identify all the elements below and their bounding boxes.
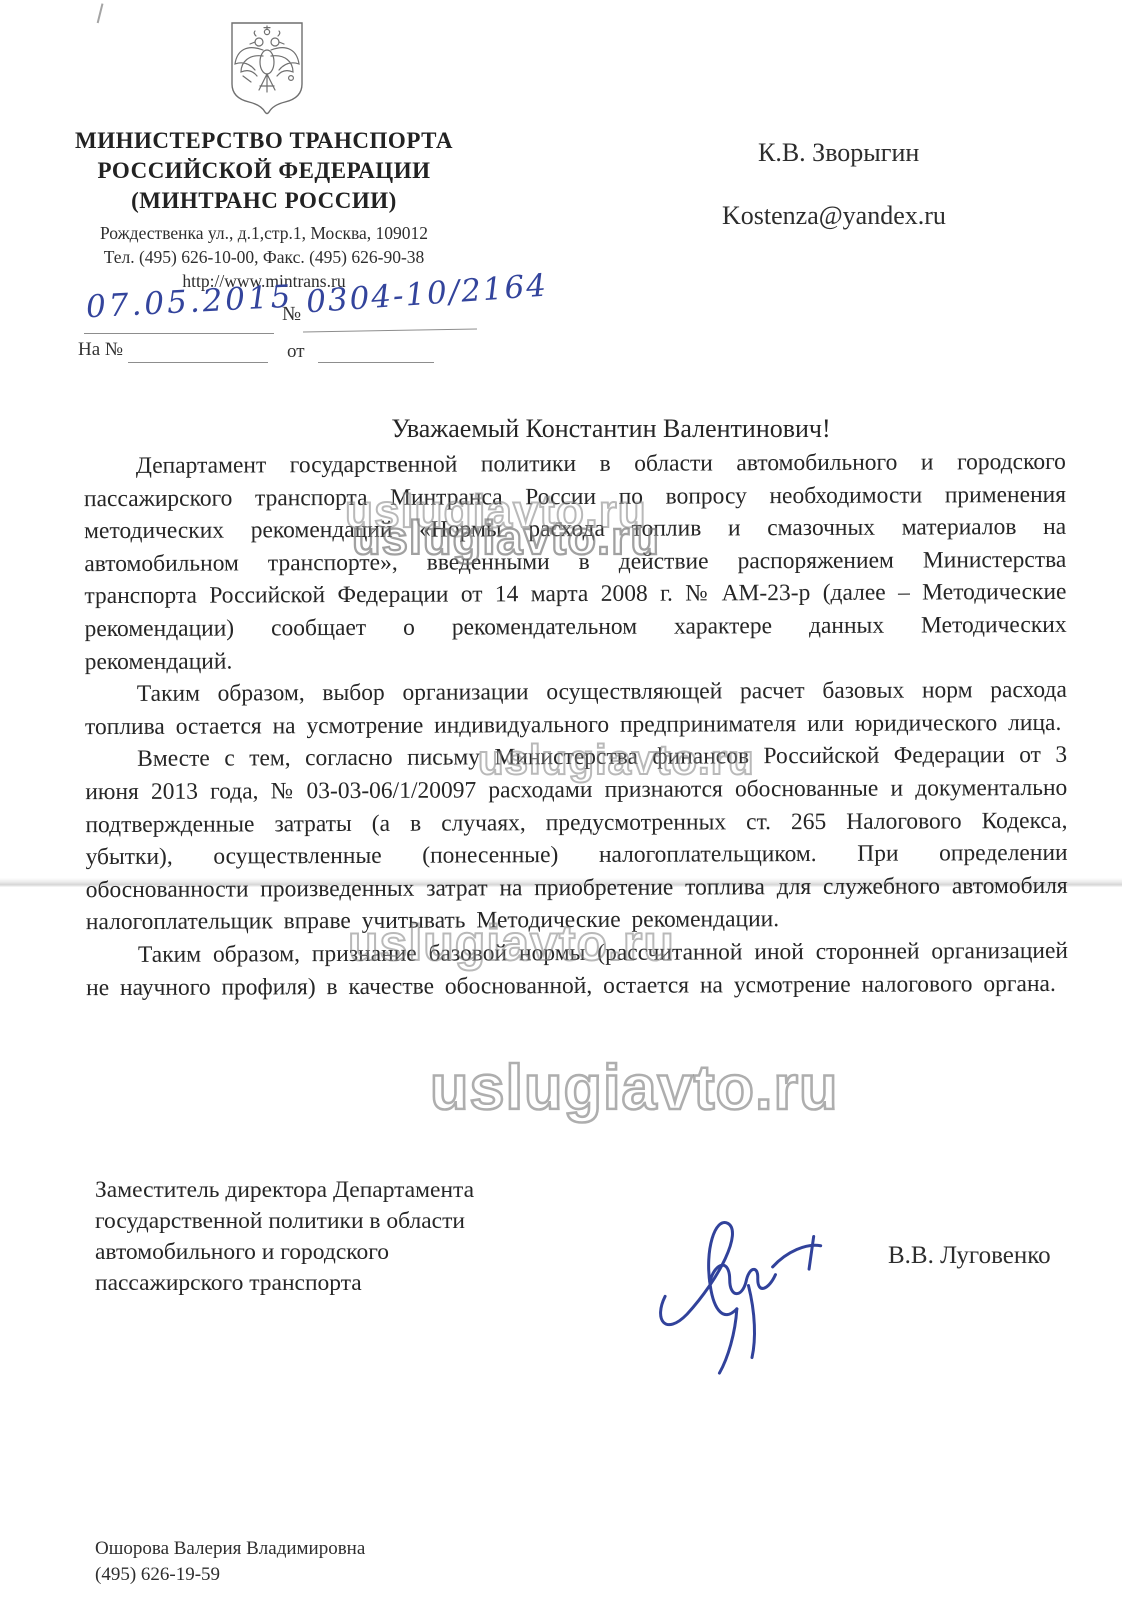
number-sign-label: № <box>282 303 301 326</box>
signer-title-line: государственной политики в области <box>95 1206 615 1237</box>
address-line: Рождественка ул., д.1,стр.1, Москва, 109… <box>38 221 490 245</box>
number-underline <box>303 328 477 332</box>
recipient-name: К.В. Зворыгин <box>758 138 919 168</box>
watermark-text: uslugiavto.ru <box>478 736 755 784</box>
date-underline <box>84 333 274 334</box>
signer-title-line: автомобильного и городского <box>95 1237 615 1268</box>
reply-to-number-label: На № <box>78 339 123 361</box>
watermark-text: uslugiavto.ru <box>348 914 675 972</box>
pen-scratch-mark <box>97 3 110 24</box>
salutation: Уважаемый Константин Валентинович! <box>120 414 1102 444</box>
reply-number-underline <box>128 362 268 363</box>
ministry-name-block: МИНИСТЕРСТВО ТРАНСПОРТА РОССИЙСКОЙ ФЕДЕР… <box>38 126 490 216</box>
ministry-line3: (МИНТРАНС РОССИИ) <box>38 186 490 216</box>
recipient-email: Kostenza@yandex.ru <box>722 201 946 231</box>
signer-name: В.В. Луговенко <box>888 1242 1051 1270</box>
watermark-text: uslugiavto.ru <box>352 510 660 565</box>
reply-date-underline <box>318 362 434 363</box>
executor-name: Ошорова Валерия Владимировна <box>95 1536 365 1562</box>
reply-date-label: от <box>287 341 305 363</box>
ministry-line2: РОССИЙСКОЙ ФЕДЕРАЦИИ <box>38 156 490 186</box>
handwritten-signature <box>639 1176 887 1384</box>
russia-coat-of-arms-icon <box>225 20 309 116</box>
ministry-line1: МИНИСТЕРСТВО ТРАНСПОРТА <box>38 126 490 156</box>
signer-title-block: Заместитель директора Департамента госуд… <box>95 1175 615 1299</box>
scanned-letter-page: МИНИСТЕРСТВО ТРАНСПОРТА РОССИЙСКОЙ ФЕДЕР… <box>0 0 1122 1613</box>
signer-title-line: пассажирского транспорта <box>95 1268 615 1299</box>
signer-title-line: Заместитель директора Департамента <box>95 1175 615 1206</box>
executor-phone: (495) 626-19-59 <box>95 1562 365 1588</box>
watermark-text: uslugiavto.ru <box>430 1052 839 1124</box>
scan-artifact-line <box>0 878 1122 887</box>
phone-fax-line: Тел. (495) 626-10-00, Факс. (495) 626-90… <box>38 245 490 269</box>
paragraph-2: Таким образом, выбор организации осущест… <box>85 674 1067 743</box>
executor-contact-block: Ошорова Валерия Владимировна (495) 626-1… <box>95 1536 365 1588</box>
